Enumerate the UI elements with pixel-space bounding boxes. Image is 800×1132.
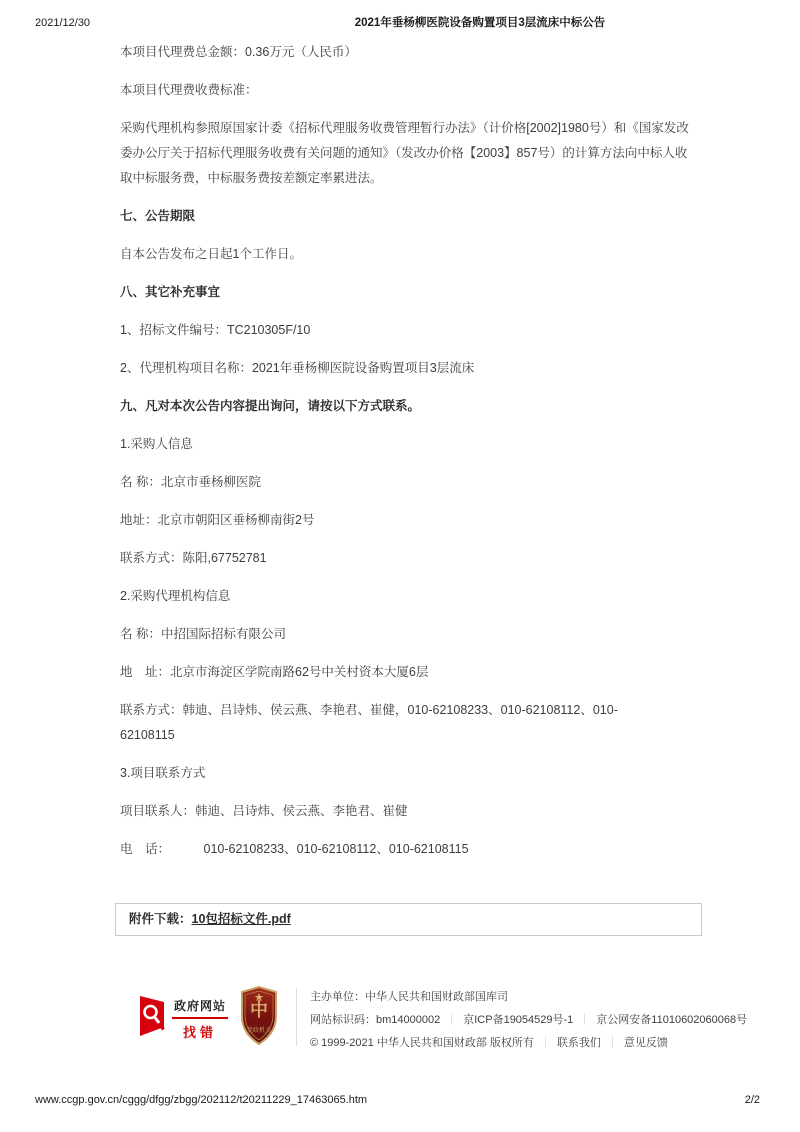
site-footer: 政府网站 找错 中 党政机关 [140,986,747,1055]
footer-organizer-line: 主办单位：中华人民共和国财政部国库司 [310,986,747,1009]
print-page-number: 2/2 [745,1094,760,1106]
page-title: 2021年垂杨柳医院设备购置项目3层流床中标公告 [155,14,765,30]
attachment-label: 附件下载： [129,912,192,926]
error-logo-line2: 找错 [183,1025,217,1040]
purchaser-name: 名 称：北京市垂杨柳医院 [120,470,692,495]
purchaser-address: 地址：北京市朝阳区垂杨柳南街2号 [120,508,692,533]
footer-copyright-line: © 1999-2021 中华人民共和国财政部 版权所有｜联系我们｜意见反馈 [310,1032,747,1055]
footer-organizer: 主办单位：中华人民共和国财政部国库司 [310,991,508,1003]
section-7-heading: 七、公告期限 [120,204,692,229]
print-header: 2021/12/30 2021年垂杨柳医院设备购置项目3层流床中标公告 [35,14,765,30]
magnifier-flag-icon [140,994,165,1044]
section-7-body: 自本公告发布之日起1个工作日。 [120,242,692,267]
footer-copyright: © 1999-2021 中华人民共和国财政部 版权所有 [310,1037,534,1049]
attachment-box: 附件下载：10包招标文件.pdf [115,903,702,936]
error-logo-line1: 政府网站 [174,999,226,1013]
footer-security: 京公网安备11010602060068号 [596,1014,747,1026]
project-contact-phone: 电 话： 010-62108233、010-62108112、010-62108… [120,837,692,862]
agency-fee-standard-detail: 采购代理机构参照原国家计委《招标代理服务收费管理暂行办法》（计价格[2002]1… [120,116,692,191]
phone-numbers: 010-62108233、010-62108112、010-62108115 [204,842,469,856]
footer-vertical-divider [296,988,297,1046]
section-9-heading: 九、凡对本次公告内容提出询问，请按以下方式联系。 [120,394,692,419]
section-8-item-1: 1、招标文件编号：TC210305F/10 [120,318,692,343]
agency-fee-total: 本项目代理费总金额：0.36万元（人民币） [120,40,692,65]
announcement-body: 本项目代理费总金额：0.36万元（人民币） 本项目代理费收费标准： 采购代理机构… [120,40,692,875]
footer-text-column: 主办单位：中华人民共和国财政部国库司 网站标识码：bm14000002｜京ICP… [310,986,747,1055]
gov-site-error-report-widget[interactable]: 政府网站 找错 [140,994,228,1044]
agency-fee-standard-label: 本项目代理费收费标准： [120,78,692,103]
svg-text:中: 中 [250,999,268,1021]
footer-separator: ｜ [601,1037,624,1049]
phone-label: 电 话： [120,842,170,856]
project-contact-person: 项目联系人：韩迪、吕诗炜、侯云燕、李艳君、崔健 [120,799,692,824]
project-contact-heading: 3.项目联系方式 [120,761,692,786]
print-date: 2021/12/30 [35,17,155,29]
agency-name: 名 称：中招国际招标有限公司 [120,622,692,647]
footer-site-code: 网站标识码：bm14000002 [310,1014,440,1026]
print-page: 2021/12/30 2021年垂杨柳医院设备购置项目3层流床中标公告 本项目代… [0,0,800,1132]
purchaser-contact: 联系方式：陈阳,67752781 [120,546,692,571]
footer-registration-line: 网站标识码：bm14000002｜京ICP备19054529号-1｜京公网安备1… [310,1009,747,1032]
error-logo-text: 政府网站 找错 [172,997,228,1042]
footer-separator: ｜ [573,1014,596,1026]
attachment-file-link[interactable]: 10包招标文件.pdf [192,912,291,926]
agency-heading: 2.采购代理机构信息 [120,584,692,609]
purchaser-heading: 1.采购人信息 [120,432,692,457]
section-8-heading: 八、其它补充事宜 [120,280,692,305]
contact-us-link[interactable]: 联系我们 [557,1037,601,1049]
footer-icp: 京ICP备19054529号-1 [463,1014,573,1026]
feedback-link[interactable]: 意见反馈 [624,1037,668,1049]
footer-separator: ｜ [440,1014,463,1026]
agency-address: 地 址：北京市海淀区学院南路62号中关村资本大厦6层 [120,660,692,685]
badge-caption: 党政机关 [247,1026,271,1034]
section-8-item-2: 2、代理机构项目名称：2021年垂杨柳医院设备购置项目3层流床 [120,356,692,381]
error-logo-red-rule [172,1017,228,1019]
print-source-url: www.ccgp.gov.cn/cggg/dfgg/zbgg/202112/t2… [35,1094,367,1106]
footer-separator: ｜ [534,1037,557,1049]
party-gov-badge[interactable]: 中 党政机关 [240,986,278,1051]
agency-contact: 联系方式：韩迪、吕诗炜、侯云燕、李艳君、崔健，010-62108233、010-… [120,698,668,748]
